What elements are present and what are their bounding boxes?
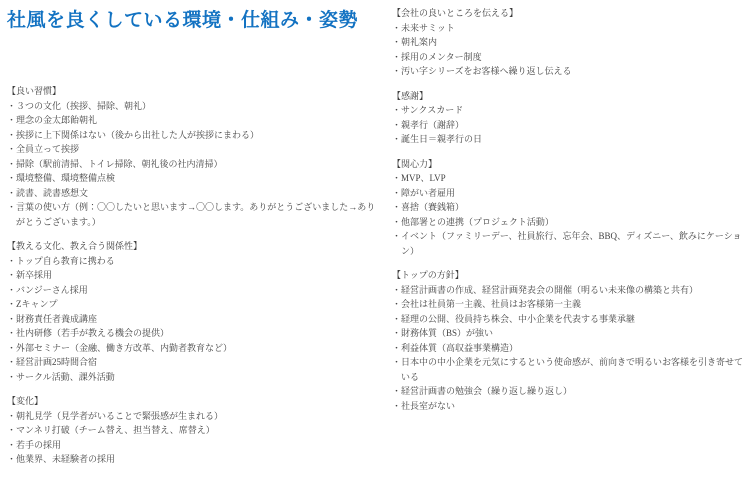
list-item: ・経営計画25時間合宿: [7, 355, 379, 370]
list-item: ・サンクスカード: [392, 103, 744, 118]
list-item: ・新卒採用: [7, 268, 379, 283]
section-heading: 【トップの方針】: [392, 268, 744, 283]
list-item: ・３つの文化（挨拶、掃除、朝礼）: [7, 99, 379, 114]
list-item: ・理念の金太郎飴朝礼: [7, 113, 379, 128]
section-heading: 【良い習慣】: [7, 84, 379, 99]
content-column-left: 【良い習慣】 ・３つの文化（挨拶、掃除、朝礼）・理念の金太郎飴朝礼・挨拶に上下関…: [7, 84, 379, 467]
list-item: ・若手の採用: [7, 438, 379, 453]
list-item: ・朝礼案内: [392, 35, 744, 50]
section-list: ・経営計画書の作成、経営計画発表会の開催（明るい未来像の構築と共有）・会社は社員…: [392, 283, 744, 414]
list-item: ・挨拶に上下関係はない（後から出社した人が挨拶にまわる）: [7, 128, 379, 143]
list-item: ・社長室がない: [392, 399, 744, 414]
section-heading: 【関心力】: [392, 157, 744, 172]
section-list: ・サンクスカード・親孝行（謝辞）・誕生日＝親孝行の日: [392, 103, 744, 147]
section: 【教える文化、教え合う関係性】 ・トップ自ら教育に携わる・新卒採用・バンジーさん…: [7, 239, 379, 384]
section-heading: 【感謝】: [392, 89, 744, 104]
list-item: ・財務体質（BS）が強い: [392, 326, 744, 341]
list-item: ・外部セミナー（金融、働き方改革、内勤者教育など）: [7, 341, 379, 356]
list-item: ・朝礼見学（見学者がいることで緊張感が生まれる）: [7, 409, 379, 424]
list-item: ・他業界、未経験者の採用: [7, 452, 379, 467]
section-list: ・朝礼見学（見学者がいることで緊張感が生まれる）・マンネリ打破（チーム替え、担当…: [7, 409, 379, 467]
list-item: ・経理の公開、役員持ち株会、中小企業を代表する事業承継: [392, 312, 744, 327]
section-heading: 【教える文化、教え合う関係性】: [7, 239, 379, 254]
list-item: ・トップ自ら教育に携わる: [7, 254, 379, 269]
list-item: ・利益体質（高収益事業構造）: [392, 341, 744, 356]
list-item: ・汚い字シリーズをお客様へ繰り返し伝える: [392, 64, 744, 79]
section-list: ・３つの文化（挨拶、掃除、朝礼）・理念の金太郎飴朝礼・挨拶に上下関係はない（後か…: [7, 99, 379, 230]
section-list: ・MVP、LVP・障がい者雇用・喜捨（賽銭箱）・他部署との連携（プロジェクト活動…: [392, 171, 744, 258]
list-item: ・言葉の使い方（例：〇〇したいと思います→〇〇します。ありがとうございました→あ…: [7, 200, 379, 229]
list-item: ・マンネリ打破（チーム替え、担当替え、席替え）: [7, 423, 379, 438]
list-item: ・親孝行（謝辞）: [392, 118, 744, 133]
list-item: ・採用のメンター制度: [392, 50, 744, 65]
list-item: ・掃除（駅前清掃、トイレ掃除、朝礼後の社内清掃）: [7, 157, 379, 172]
list-item: ・サークル活動、課外活動: [7, 370, 379, 385]
section: 【良い習慣】 ・３つの文化（挨拶、掃除、朝礼）・理念の金太郎飴朝礼・挨拶に上下関…: [7, 84, 379, 229]
list-item: ・環境整備、環境整備点検: [7, 171, 379, 186]
list-item: ・日本中の中小企業を元気にするという使命感が、前向きで明るいお客様を引き寄せてい…: [392, 355, 744, 384]
list-item: ・Zキャンプ: [7, 297, 379, 312]
list-item: ・イベント（ファミリーデー、社員旅行、忘年会、BBQ、ディズニー、飲みにケーショ…: [392, 229, 744, 258]
list-item: ・障がい者雇用: [392, 186, 744, 201]
section-heading: 【変化】: [7, 394, 379, 409]
list-item: ・他部署との連携（プロジェクト活動）: [392, 215, 744, 230]
section: 【関心力】 ・MVP、LVP・障がい者雇用・喜捨（賽銭箱）・他部署との連携（プロ…: [392, 157, 744, 259]
list-item: ・全員立って挨拶: [7, 142, 379, 157]
list-item: ・経営計画書の勉強会（繰り返し繰り返し）: [392, 384, 744, 399]
list-item: ・MVP、LVP: [392, 171, 744, 186]
section-heading: 【会社の良いところを伝える】: [392, 6, 744, 21]
list-item: ・喜捨（賽銭箱）: [392, 200, 744, 215]
section: 【変化】 ・朝礼見学（見学者がいることで緊張感が生まれる）・マンネリ打破（チーム…: [7, 394, 379, 467]
list-item: ・誕生日＝親孝行の日: [392, 132, 744, 147]
list-item: ・経営計画書の作成、経営計画発表会の開催（明るい未来像の構築と共有）: [392, 283, 744, 298]
section: 【感謝】 ・サンクスカード・親孝行（謝辞）・誕生日＝親孝行の日: [392, 89, 744, 147]
list-item: ・社内研修（若手が教える機会の提供）: [7, 326, 379, 341]
section: 【会社の良いところを伝える】 ・未来サミット・朝礼案内・採用のメンター制度・汚い…: [392, 6, 744, 79]
document-page: { "page": { "title": "社風を良くしている環境・仕組み・姿勢…: [0, 0, 750, 486]
content-column-right: 【会社の良いところを伝える】 ・未来サミット・朝礼案内・採用のメンター制度・汚い…: [392, 6, 744, 413]
section-list: ・未来サミット・朝礼案内・採用のメンター制度・汚い字シリーズをお客様へ繰り返し伝…: [392, 21, 744, 79]
section: 【トップの方針】 ・経営計画書の作成、経営計画発表会の開催（明るい未来像の構築と…: [392, 268, 744, 413]
page-title: 社風を良くしている環境・仕組み・姿勢: [7, 5, 358, 32]
list-item: ・読書、読書感想文: [7, 186, 379, 201]
section-list: ・トップ自ら教育に携わる・新卒採用・バンジーさん採用・Zキャンプ・財務責任者養成…: [7, 254, 379, 385]
list-item: ・会社は社員第一主義、社員はお客様第一主義: [392, 297, 744, 312]
list-item: ・財務責任者養成講座: [7, 312, 379, 327]
list-item: ・バンジーさん採用: [7, 283, 379, 298]
list-item: ・未来サミット: [392, 21, 744, 36]
